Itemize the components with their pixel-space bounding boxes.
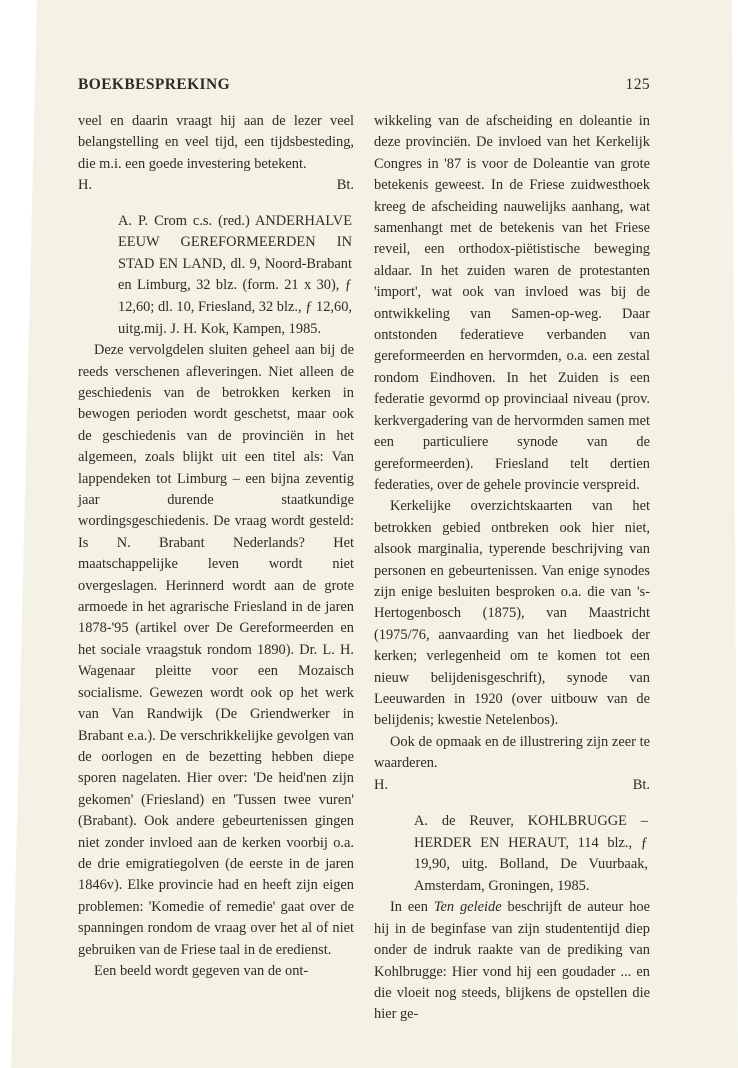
section-title: BOEKBESPREKING: [78, 76, 230, 94]
closing-remark-paragraph: Ook de opmaak en de illustrering zijn ze…: [374, 732, 650, 775]
page-number: 125: [626, 76, 650, 94]
left-column: veel en daarin vraagt hij aan de lezer v…: [78, 111, 354, 1026]
book-citation: A. de Reuver, KOHLBRUGGE – HERDER EN HER…: [414, 811, 648, 897]
final-review-paragraph: In een Ten geleide beschrijft de auteur …: [374, 897, 650, 1025]
scanned-page: BOEKBESPREKING 125 veel en daarin vraagt…: [0, 0, 738, 1068]
right-column: wikkeling van de afscheiding en doleanti…: [374, 111, 650, 1026]
page-content: BOEKBESPREKING 125 veel en daarin vraagt…: [78, 76, 650, 1026]
reviewer-initial-left: H.: [374, 775, 388, 796]
page-header: BOEKBESPREKING 125: [78, 76, 650, 94]
signature-row: H. Bt.: [374, 775, 650, 796]
signature-row: H. Bt.: [78, 175, 354, 196]
book-title-italic: Ten geleide: [434, 899, 502, 915]
reviewer-initial-right: Bt.: [337, 175, 354, 196]
two-column-text: veel en daarin vraagt hij aan de lezer v…: [78, 111, 650, 1026]
continued-review-paragraph: veel en daarin vraagt hij aan de lezer v…: [78, 111, 354, 175]
reviewer-initial-right: Bt.: [633, 775, 650, 796]
reviewer-initial-left: H.: [78, 175, 92, 196]
final-paragraph-suffix: beschrijft de auteur hoe hij in de begin…: [374, 899, 650, 1022]
maps-paragraph: Kerkelijke overzichtskaarten van het bet…: [374, 496, 650, 731]
final-paragraph-prefix: In een: [390, 899, 434, 915]
book-citation: A. P. Crom c.s. (red.) ANDERHALVE EEUW G…: [118, 211, 352, 341]
column-break-line: Een beeld wordt gegeven van de ont-: [78, 961, 354, 982]
review-body-paragraph: Deze vervolgdelen sluiten geheel aan bij…: [78, 340, 354, 961]
continued-review-paragraph: wikkeling van de afscheiding en doleanti…: [374, 111, 650, 496]
